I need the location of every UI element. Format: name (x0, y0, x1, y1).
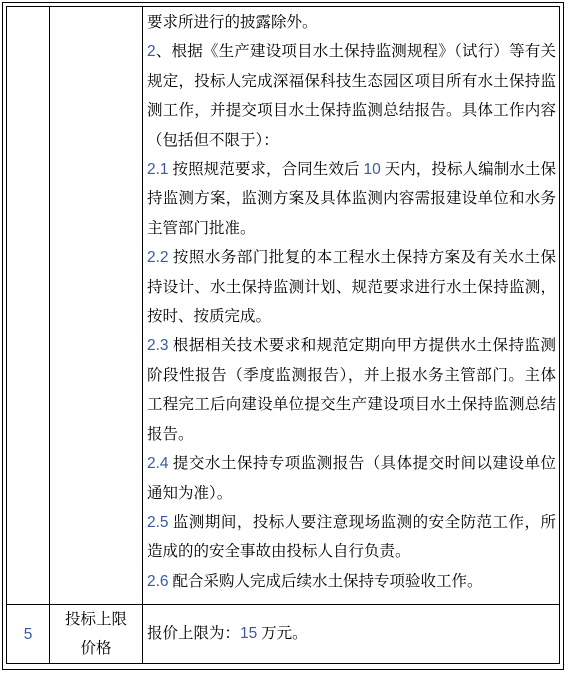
item-content-cell: 报价上限为：15 万元。 (143, 605, 560, 664)
number-text: 2.4 (147, 455, 169, 472)
table-row-price-limit: 5投标上限价格报价上限为：15 万元。 (7, 605, 560, 664)
row-number-cell (7, 7, 50, 605)
content-paragraph: 2.6 配合采购人完成后续水土保持专项验收工作。 (147, 567, 556, 596)
number-text: 10 (363, 161, 380, 178)
item-name-cell: 投标上限价格 (50, 605, 143, 664)
document-page: 要求所进行的披露除外。2、根据《生产建设项目水土保持监测规程》（试行）等有关规定… (0, 0, 569, 673)
content-paragraph: 2.3 根据相关技术要求和规范定期向甲方提供水土保持监测阶段性报告（季度监测报告… (147, 331, 556, 449)
table-row-scope: 要求所进行的披露除外。2、根据《生产建设项目水土保持监测规程》（试行）等有关规定… (7, 7, 560, 605)
number-text: 5 (24, 626, 33, 643)
content-paragraph: 2.5 监测期间，投标人要注意现场监测的安全防范工作，所造成的的安全事故由投标人… (147, 508, 556, 567)
content-paragraph: 要求所进行的披露除外。 (147, 8, 556, 37)
number-text: 15 (240, 625, 257, 642)
item-name-line: 投标上限 (50, 605, 142, 634)
item-name-cell (50, 7, 143, 605)
tender-requirements-table: 要求所进行的披露除外。2、根据《生产建设项目水土保持监测规程》（试行）等有关规定… (6, 6, 560, 664)
number-text: 2.1 (147, 161, 169, 178)
row-number-cell: 5 (7, 605, 50, 664)
number-text: 2.3 (147, 337, 169, 354)
item-content-cell: 要求所进行的披露除外。2、根据《生产建设项目水土保持监测规程》（试行）等有关规定… (143, 7, 560, 605)
content-paragraph: 2.4 提交水土保持专项监测报告（具体提交时间以建设单位通知为准）。 (147, 449, 556, 508)
table-body: 要求所进行的披露除外。2、根据《生产建设项目水土保持监测规程》（试行）等有关规定… (7, 7, 560, 664)
number-text: 2.2 (147, 249, 169, 266)
content-paragraph: 报价上限为：15 万元。 (147, 619, 556, 648)
content-paragraph: 2.2 按照水务部门批复的本工程水土保持方案及有关水土保持设计、水土保持监测计划… (147, 243, 556, 331)
number-text: 2.6 (147, 573, 169, 590)
number-text: 2.5 (147, 514, 169, 531)
number-text: 2 (147, 43, 156, 60)
table-outer-border: 要求所进行的披露除外。2、根据《生产建设项目水土保持监测规程》（试行）等有关规定… (2, 2, 564, 670)
content-paragraph: 2.1 按照规范要求，合同生效后 10 天内，投标人编制水土保持监测方案，监测方… (147, 155, 556, 243)
item-name-line: 价格 (50, 634, 142, 663)
content-paragraph: 2、根据《生产建设项目水土保持监测规程》（试行）等有关规定，投标人完成深福保科技… (147, 37, 556, 155)
